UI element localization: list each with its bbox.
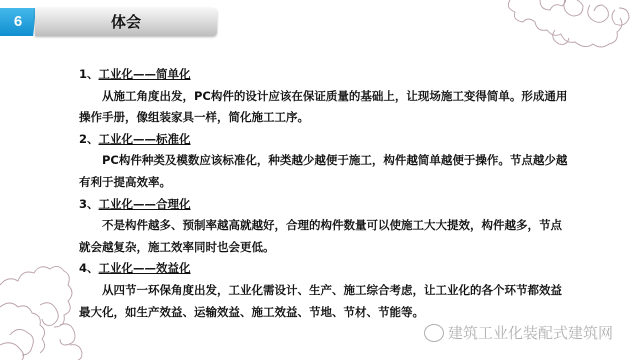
- slide-title: 体会: [35, 8, 217, 36]
- section-body-3: 不是构件越多、预制率越高就越好，合理的构件数量可以使施工大大提效，构件越多，节点…: [79, 215, 569, 258]
- section-heading-1: 1、工业化——简单化: [79, 64, 569, 86]
- watermark-text: 建筑工业化装配式建筑网: [448, 322, 613, 343]
- heading-text: 工业化——合理化: [99, 197, 191, 211]
- heading-number: 1、: [79, 67, 99, 81]
- heading-number: 4、: [79, 261, 99, 275]
- watermark: 建筑工业化装配式建筑网: [424, 322, 613, 343]
- section-body-1: 从施工角度出发，PC构件的设计应该在保证质量的基础上，让现场施工变得简单。形成通…: [79, 86, 569, 129]
- section-body-4: 从四节一环保角度出发，工业化需设计、生产、施工综合考虑，让工业化的各个环节都效益…: [79, 280, 569, 323]
- heading-text: 工业化——简单化: [99, 67, 191, 81]
- heading-number: 2、: [79, 132, 99, 146]
- slide-content: 1、工业化——简单化 从施工角度出发，PC构件的设计应该在保证质量的基础上，让现…: [79, 64, 569, 323]
- heading-text: 工业化——效益化: [99, 261, 191, 275]
- cloud-ornament-top-right: [390, 0, 640, 60]
- section-heading-3: 3、工业化——合理化: [79, 194, 569, 216]
- section-heading-2: 2、工业化——标准化: [79, 129, 569, 151]
- section-heading-4: 4、工业化——效益化: [79, 258, 569, 280]
- heading-text: 工业化——标准化: [99, 132, 191, 146]
- section-number-badge: 6: [0, 8, 36, 36]
- heading-number: 3、: [79, 197, 99, 211]
- section-body-2: PC构件种类及模数应该标准化，种类越少越便于施工，构件越简单越便于操作。节点越少…: [79, 150, 569, 193]
- wechat-icon: [424, 324, 444, 342]
